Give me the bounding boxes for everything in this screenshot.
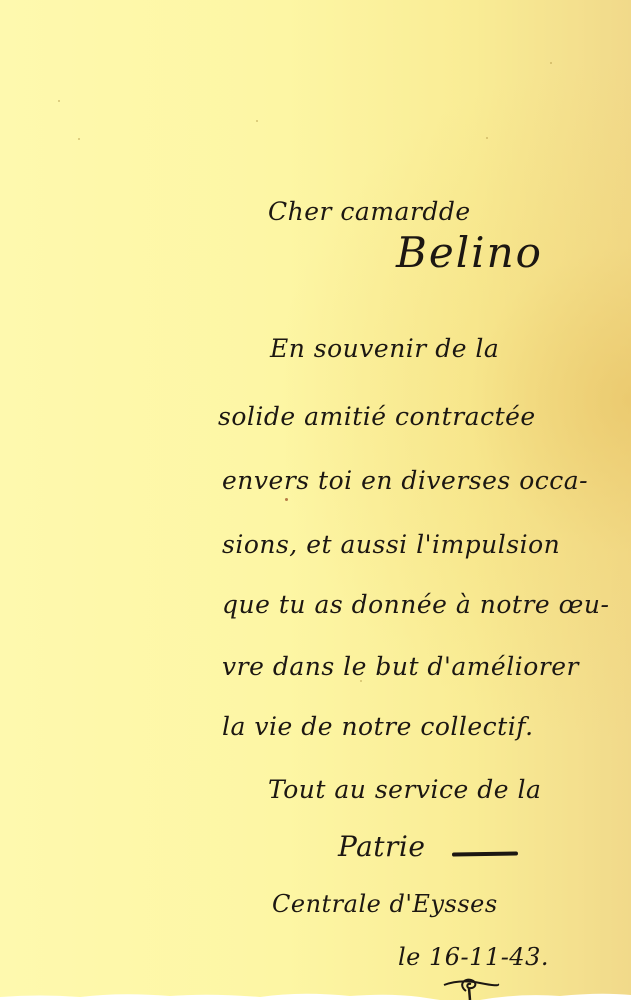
body-line: sions, et aussi l'impulsion	[222, 530, 560, 559]
paper-speck	[58, 100, 60, 102]
closing-word: Patrie	[338, 830, 425, 863]
body-line: solide amitié contractée	[218, 402, 536, 431]
date-line: le 16-11-43.	[398, 943, 549, 971]
recipient-name: Belino	[396, 228, 543, 277]
paper-speck	[486, 137, 488, 139]
body-line: vre dans le but d'améliorer	[222, 652, 579, 681]
ink-speck	[285, 498, 288, 501]
body-line: En souvenir de la	[270, 334, 499, 363]
torn-paper-edge	[0, 988, 631, 1000]
paper-speck	[256, 120, 258, 122]
salutation: Cher camardde	[268, 197, 471, 226]
paper-background	[0, 0, 631, 1000]
paper-speck	[78, 138, 80, 140]
place-line: Centrale d'Eysses	[272, 890, 498, 918]
paper-speck	[550, 62, 552, 64]
body-line: que tu as donnée à notre œu-	[222, 590, 609, 619]
body-line: envers toi en diverses occa-	[222, 466, 588, 495]
closing-line: Tout au service de la	[268, 775, 541, 804]
body-line: la vie de notre collectif.	[222, 712, 534, 741]
